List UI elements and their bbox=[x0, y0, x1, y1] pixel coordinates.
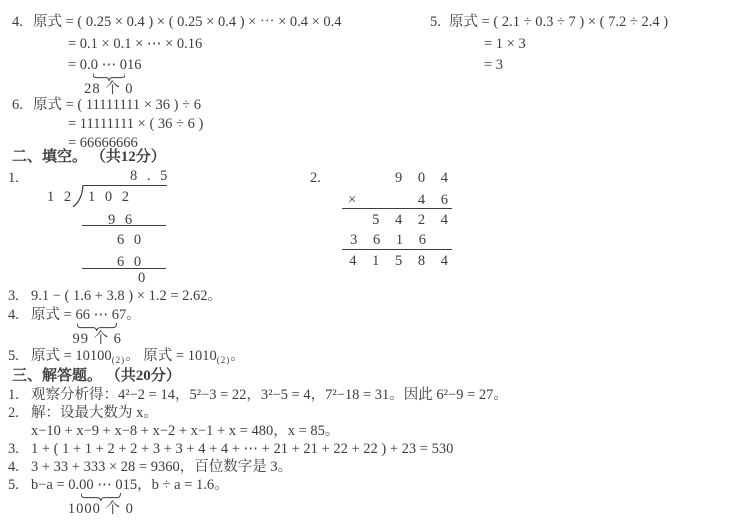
equation-line: 1 + ( 1 + 1 + 2 + 2 + 3 + 3 + 4 + 4 + ⋯ … bbox=[31, 441, 453, 458]
expr-post: 15，b ÷ a = 1.6。 bbox=[123, 477, 229, 493]
equation-line: 原式 = ( 2.1 ÷ 0.3 ÷ 7 ) × ( 7.2 ÷ 2.4 ) bbox=[449, 14, 668, 31]
braced-text: 66 ⋯ 6 bbox=[75, 307, 119, 323]
division-vinculum bbox=[83, 185, 167, 186]
multiplicand: 9 0 4 bbox=[342, 170, 454, 187]
braced-run: 0 ⋯ 028 个 0 bbox=[91, 57, 127, 74]
item-number: 5. bbox=[8, 477, 19, 494]
multiplication-rule-line bbox=[342, 208, 452, 209]
base-subscript: (2) bbox=[112, 355, 126, 365]
expr-post: 16 bbox=[127, 57, 142, 73]
times-sign: × bbox=[348, 192, 356, 209]
item-number: 4. bbox=[8, 459, 19, 476]
section-heading: 二、填空。 （共12分） bbox=[12, 149, 166, 166]
equation-line: 9.1 − ( 1.6 + 3.8 ) × 1.2 = 2.62。 bbox=[31, 288, 222, 305]
multiplication-rule-line bbox=[342, 249, 452, 250]
division-step: 9 6 bbox=[108, 212, 135, 229]
equation-line: 原式 = 10100(2)。 原式 = 1010(2)。 bbox=[31, 348, 245, 369]
item-number: 3. bbox=[8, 288, 19, 305]
item-number: 2. bbox=[8, 405, 19, 422]
equation-line: = 1 × 3 bbox=[484, 36, 526, 53]
item-number: 4. bbox=[8, 307, 19, 324]
division-step: 6 0 bbox=[117, 232, 144, 249]
equation-line: = 11111111 × ( 36 ÷ 6 ) bbox=[68, 116, 203, 133]
expr-segment: 。 原式 = 1010 bbox=[125, 348, 217, 364]
long-division: 8 . 5 1 2 1 0 2 9 6 6 0 6 0 0 bbox=[45, 168, 180, 288]
underbrace-icon bbox=[81, 493, 121, 501]
equation-line: 观察分析得：4²−2 = 14，5²−3 = 22，3²−5 = 4，7²−18… bbox=[31, 387, 508, 404]
underbrace-icon bbox=[77, 323, 117, 331]
equation-line: 原式 = ( 11111111 × 36 ) ÷ 6 bbox=[33, 97, 201, 114]
division-bracket-icon bbox=[72, 185, 84, 207]
braced-text: 00 ⋯ 0 bbox=[79, 477, 123, 493]
division-rule-line bbox=[82, 225, 166, 226]
division-divisor: 1 2 bbox=[47, 189, 74, 206]
multiplier-row: × 4 6 bbox=[342, 192, 454, 209]
expr-pre: 原式 = bbox=[31, 307, 75, 323]
equation-line: x−10 + x−9 + x−8 + x−2 + x−1 + x = 480，x… bbox=[31, 423, 339, 440]
item-number: 3. bbox=[8, 441, 19, 458]
division-quotient: 8 . 5 bbox=[130, 168, 170, 185]
equation-line: = 3 bbox=[484, 57, 503, 74]
item-number: 4. bbox=[12, 14, 23, 31]
equation-line: = 0.1 × 0.1 × ⋯ × 0.16 bbox=[68, 36, 202, 53]
division-remainder: 0 bbox=[138, 270, 148, 287]
item-number: 5. bbox=[8, 348, 19, 365]
brace-count-label: 1000 个 0 bbox=[68, 501, 134, 518]
equation-line: b−a = 0.00 ⋯ 01000 个 015，b ÷ a = 1.6。 bbox=[31, 477, 229, 494]
expr-pre: = 0. bbox=[68, 57, 91, 73]
item-number: 5. bbox=[430, 14, 441, 31]
equation-line: 解：设最大数为 x。 bbox=[31, 405, 158, 422]
braced-text: 0 ⋯ 0 bbox=[91, 57, 127, 73]
equation-line: 原式 = 66 ⋯ 699 个 67。 bbox=[31, 307, 141, 324]
braced-run: 00 ⋯ 01000 个 0 bbox=[79, 477, 123, 494]
multiplication-product: 4 1 5 8 4 bbox=[342, 253, 454, 270]
underbrace-icon bbox=[93, 73, 125, 81]
column-multiplication: 9 0 4 × 4 6 5 4 2 4 3 6 1 6 4 1 5 8 4 bbox=[342, 168, 460, 272]
division-rule-line bbox=[82, 268, 166, 269]
expr-post: 7。 bbox=[119, 307, 141, 323]
worksheet-page: 4. 原式 = ( 0.25 × 0.4 ) × ( 0.25 × 0.4 ) … bbox=[0, 0, 740, 522]
equation-line: 原式 = ( 0.25 × 0.4 ) × ( 0.25 × 0.4 ) × ⋯… bbox=[33, 14, 342, 31]
section-heading: 三、解答题。 （共20分） bbox=[12, 368, 181, 385]
braced-run: 66 ⋯ 699 个 6 bbox=[75, 307, 119, 324]
equation-line: = 0.0 ⋯ 028 个 016 bbox=[68, 57, 141, 74]
base-subscript: (2) bbox=[217, 355, 231, 365]
equation-line: 3 + 33 + 333 × 28 = 9360，百位数字是 3。 bbox=[31, 459, 292, 476]
item-number: 1. bbox=[8, 170, 19, 187]
expr-segment: 。 bbox=[230, 348, 245, 364]
item-number: 1. bbox=[8, 387, 19, 404]
partial-product: 5 4 2 4 bbox=[342, 212, 454, 229]
brace-count-label: 28 个 0 bbox=[84, 81, 134, 98]
expr-segment: 原式 = 10100 bbox=[31, 348, 112, 364]
brace-count-label: 99 个 6 bbox=[72, 331, 122, 348]
item-number: 6. bbox=[12, 97, 23, 114]
partial-product: 3 6 1 6 bbox=[342, 232, 454, 249]
expr-pre: b−a = 0. bbox=[31, 477, 79, 493]
multiplier: 4 6 bbox=[418, 192, 454, 208]
division-dividend: 1 0 2 bbox=[88, 189, 132, 206]
item-number: 2. bbox=[310, 170, 321, 187]
